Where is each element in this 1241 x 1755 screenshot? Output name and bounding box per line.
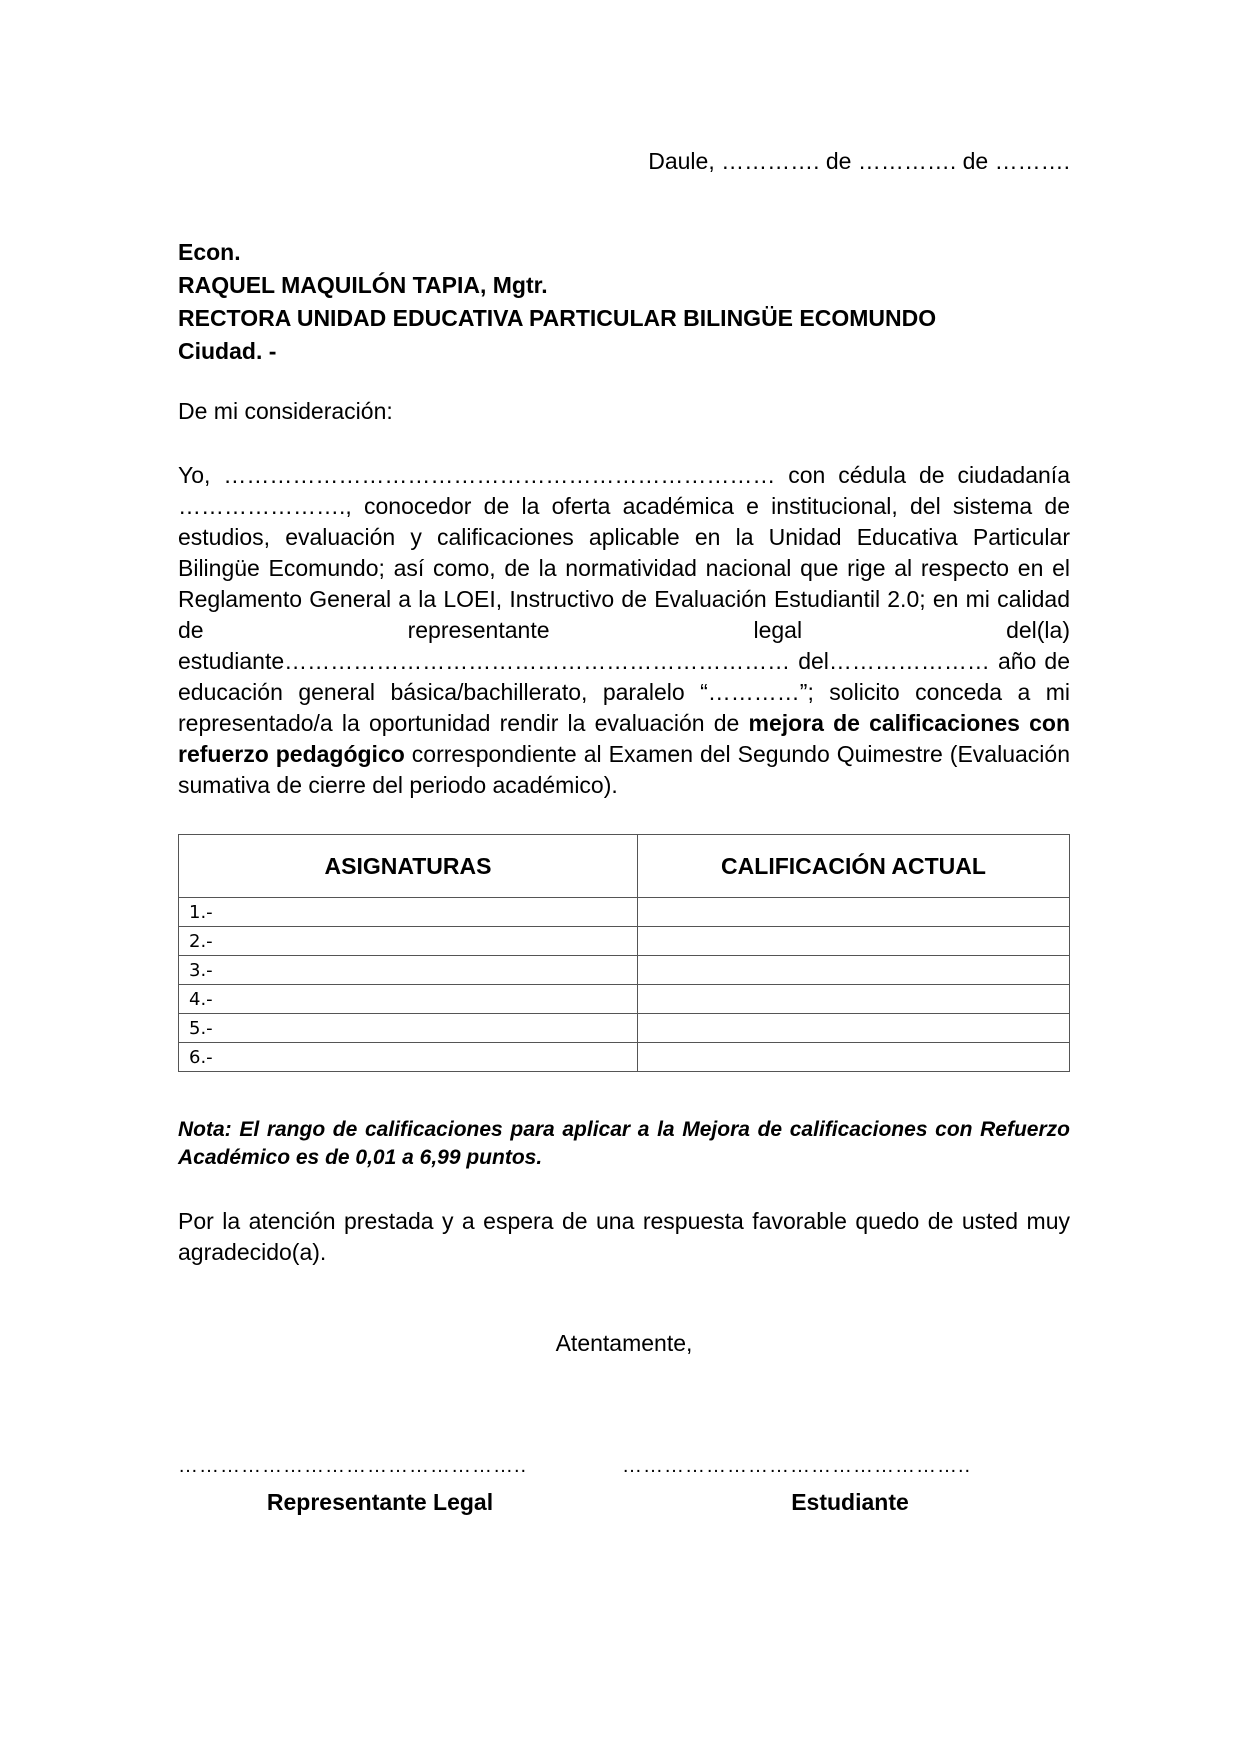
subject-cell[interactable]: 3.- (179, 956, 638, 985)
subject-cell[interactable]: 4.- (179, 985, 638, 1014)
signature-label-representative: Representante Legal (170, 1489, 590, 1516)
table-row: 1.- (179, 898, 1070, 927)
table-row: 3.- (179, 956, 1070, 985)
subjects-table: ASIGNATURAS CALIFICACIÓN ACTUAL 1.- 2.- … (178, 834, 1070, 1072)
date-line: Daule, …………. de …………. de ………. (178, 148, 1070, 175)
addressee-name: RAQUEL MAQUILÓN TAPIA, Mgtr. (178, 269, 1078, 302)
subject-cell[interactable]: 6.- (179, 1043, 638, 1072)
grade-cell[interactable] (638, 985, 1070, 1014)
grade-cell[interactable] (638, 956, 1070, 985)
addressee-city: Ciudad. - (178, 335, 1078, 368)
signature-line-student[interactable]: ………………………………………….. (622, 1455, 971, 1478)
greeting: De mi consideración: (178, 398, 393, 425)
table-row: 6.- (179, 1043, 1070, 1072)
table-row: 2.- (179, 927, 1070, 956)
body-text-part1: Yo, ……………………………………………………………… con cédula … (178, 462, 1070, 736)
letter-page: Daule, …………. de …………. de ………. Econ. RAQU… (0, 0, 1241, 1755)
table-row: 5.- (179, 1014, 1070, 1043)
subject-cell[interactable]: 1.- (179, 898, 638, 927)
addressee-title: Econ. (178, 236, 1078, 269)
subject-cell[interactable]: 2.- (179, 927, 638, 956)
addressee-block: Econ. RAQUEL MAQUILÓN TAPIA, Mgtr. RECTO… (178, 236, 1078, 368)
regards: Atentamente, (178, 1330, 1070, 1357)
subject-cell[interactable]: 5.- (179, 1014, 638, 1043)
grading-note: Nota: El rango de calificaciones para ap… (178, 1116, 1070, 1172)
header-calificacion-actual: CALIFICACIÓN ACTUAL (638, 835, 1070, 898)
closing-paragraph: Por la atención prestada y a espera de u… (178, 1206, 1070, 1268)
grade-cell[interactable] (638, 927, 1070, 956)
table-row: 4.- (179, 985, 1070, 1014)
grade-cell[interactable] (638, 1043, 1070, 1072)
table-header-row: ASIGNATURAS CALIFICACIÓN ACTUAL (179, 835, 1070, 898)
header-asignaturas: ASIGNATURAS (179, 835, 638, 898)
body-paragraph: Yo, ……………………………………………………………… con cédula … (178, 460, 1070, 801)
addressee-position: RECTORA UNIDAD EDUCATIVA PARTICULAR BILI… (178, 302, 1078, 335)
signature-label-student: Estudiante (640, 1489, 1060, 1516)
grade-cell[interactable] (638, 1014, 1070, 1043)
grade-cell[interactable] (638, 898, 1070, 927)
signature-line-representative[interactable]: ………………………………………….. (178, 1455, 527, 1478)
